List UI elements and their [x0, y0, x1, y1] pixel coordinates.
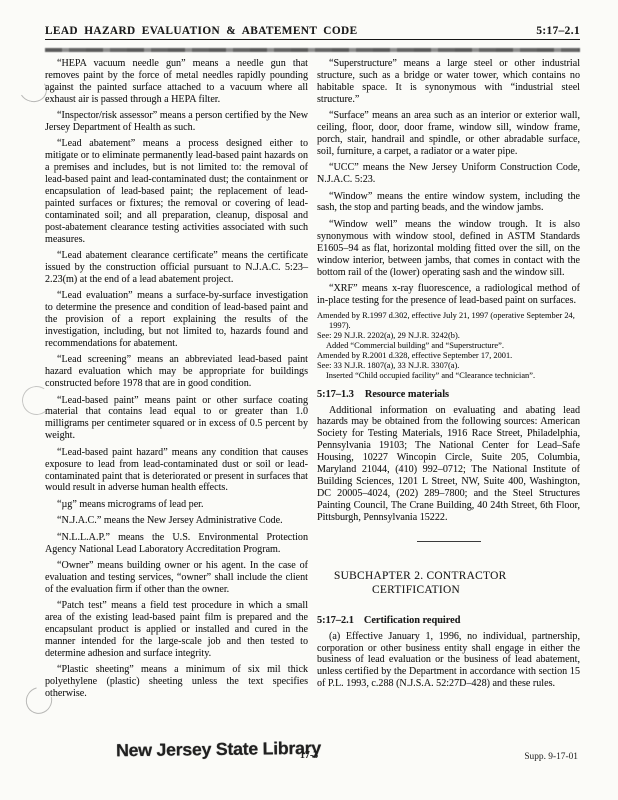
definition-paragraph: “UCC” means the New Jersey Uniform Const…	[317, 162, 580, 186]
resource-paragraph: Additional information on evaluating and…	[317, 405, 580, 524]
definition-paragraph: “Lead abatement clearance certificate” m…	[45, 250, 308, 286]
page-header: LEAD HAZARD EVALUATION & ABATEMENT CODE …	[45, 25, 580, 40]
amendment-line: See: 33 N.J.R. 1807(a), 33 N.J.R. 3307(a…	[317, 361, 580, 371]
amendment-history: Amended by R.1997 d.302, effective July …	[317, 311, 580, 380]
definition-paragraph: “Owner” means building owner or his agen…	[45, 560, 308, 596]
certification-required-heading: 5:17–2.1Certification required	[317, 615, 580, 626]
definition-paragraph: “Lead-based paint hazard” means any cond…	[45, 447, 308, 495]
page-number: 17-3	[300, 750, 318, 761]
section-title: Resource materials	[365, 389, 449, 400]
definition-paragraph: “N.J.A.C.” means the New Jersey Administ…	[45, 515, 308, 527]
definition-paragraph: “Lead abatement” means a process designe…	[45, 138, 308, 245]
definition-paragraph: “µg” means micrograms of lead per.	[45, 499, 308, 511]
amendment-line: Inserted “Child occupied facility” and “…	[317, 371, 580, 381]
definition-paragraph: “Surface” means an area such as an inter…	[317, 110, 580, 158]
document-title: LEAD HAZARD EVALUATION & ABATEMENT CODE	[45, 25, 358, 37]
definition-paragraph: “Patch test” means a field test procedur…	[45, 600, 308, 660]
definition-paragraph: “Lead evaluation” means a surface-by-sur…	[45, 290, 308, 350]
resource-materials-heading: 5:17–1.3Resource materials	[317, 389, 580, 400]
supplement-date: Supp. 9-17-01	[524, 752, 578, 762]
library-stamp: New Jersey State Library	[116, 738, 321, 762]
definition-paragraph: “Window well” means the window trough. I…	[317, 219, 580, 279]
section-number: 5:17–2.1	[317, 615, 354, 626]
subchapter-heading: SUBCHAPTER 2. CONTRACTOR CERTIFICATION	[317, 569, 580, 598]
amendment-line: See: 29 N.J.R. 2202(a), 29 N.J.R. 3242(b…	[317, 331, 580, 341]
header-section-number: 5:17–2.1	[536, 25, 580, 37]
subchapter-line: CERTIFICATION	[317, 583, 580, 598]
two-column-body: “HEPA vacuum needle gun” means a needle …	[45, 58, 580, 704]
section-number: 5:17–1.3	[317, 389, 354, 400]
definition-paragraph: “N.L.L.A.P.” means the U.S. Environmenta…	[45, 532, 308, 556]
amendment-line: Added “Commercial building” and “Superst…	[317, 341, 580, 351]
amendment-line: Amended by R.1997 d.302, effective July …	[317, 311, 580, 331]
definition-paragraph: “HEPA vacuum needle gun” means a needle …	[45, 58, 308, 106]
definition-paragraph: “Superstructure” means a large steel or …	[317, 58, 580, 106]
section-divider	[417, 541, 481, 542]
definition-paragraph: “Window” means the entire window system,…	[317, 191, 580, 215]
section-title: Certification required	[364, 615, 461, 626]
header-rule	[45, 48, 580, 52]
amendment-line: Amended by R.2001 d.328, effective Septe…	[317, 351, 580, 361]
certification-paragraph: (a) Effective January 1, 1996, no indivi…	[317, 631, 580, 691]
left-column: “HEPA vacuum needle gun” means a needle …	[45, 58, 308, 704]
document-page: LEAD HAZARD EVALUATION & ABATEMENT CODE …	[0, 0, 618, 800]
subchapter-line: SUBCHAPTER 2. CONTRACTOR	[317, 569, 580, 584]
definition-paragraph: “Inspector/risk assessor” means a person…	[45, 110, 308, 134]
definition-paragraph: “Lead-based paint” means paint or other …	[45, 395, 308, 443]
definition-paragraph: “Plastic sheeting” means a minimum of si…	[45, 664, 308, 700]
definition-paragraph: “Lead screening” means an abbreviated le…	[45, 354, 308, 390]
definition-paragraph: “XRF” means x-ray fluorescence, a radiol…	[317, 283, 580, 307]
right-column: “Superstructure” means a large steel or …	[317, 58, 580, 704]
